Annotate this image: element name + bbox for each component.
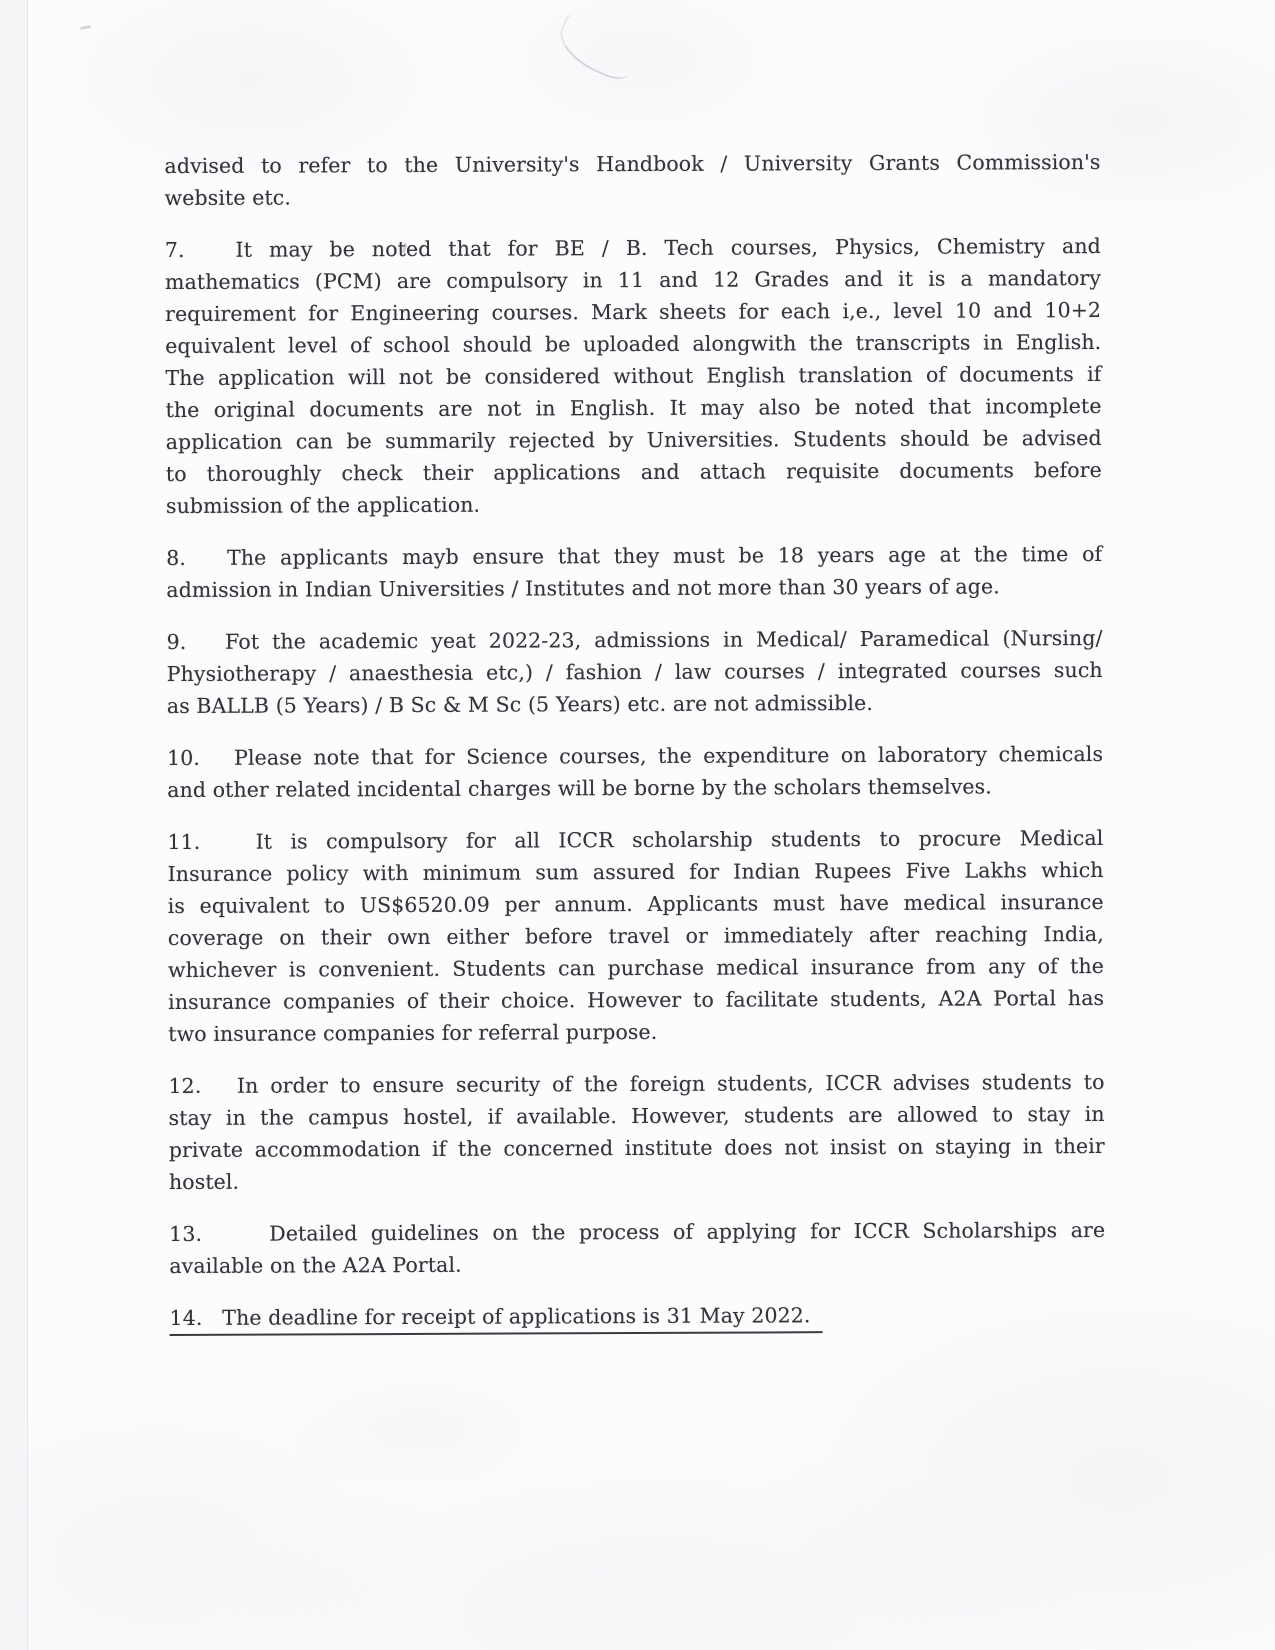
text-line: mathematics (PCM) are compulsory in 11 a… bbox=[165, 262, 1101, 298]
text-line: the original documents are not in Englis… bbox=[165, 390, 1101, 426]
text-line: requirement for Engineering courses. Mar… bbox=[165, 294, 1101, 330]
scan-artifact-dash bbox=[80, 25, 91, 30]
text-line: stay in the campus hostel, if available.… bbox=[169, 1098, 1105, 1134]
text-line: The application will not be considered w… bbox=[165, 358, 1101, 394]
deadline-underlined-text: 14. The deadline for receipt of applicat… bbox=[169, 1303, 822, 1336]
text-line: 8. The applicants mayb ensure that they … bbox=[166, 538, 1102, 574]
paragraph-13: 13. Detailed guidelines on the process o… bbox=[169, 1214, 1105, 1282]
text-line: 10. Please note that for Science courses… bbox=[167, 738, 1103, 774]
text-line: Physiotherapy / anaesthesia etc,) / fash… bbox=[167, 654, 1103, 690]
text-line: 11. It is compulsory for all ICCR schola… bbox=[167, 822, 1103, 858]
paragraph-8: 8. The applicants mayb ensure that they … bbox=[166, 538, 1102, 606]
text-line: to thoroughly check their applications a… bbox=[166, 454, 1102, 490]
paragraph-9: 9. Fot the academic yeat 2022-23, admiss… bbox=[166, 622, 1102, 722]
text-line: advised to refer to the University's Han… bbox=[164, 146, 1100, 182]
text-line: submission of the application. bbox=[166, 486, 1102, 522]
paragraph-11: 11. It is compulsory for all ICCR schola… bbox=[167, 822, 1104, 1050]
text-line: application can be summarily rejected by… bbox=[166, 422, 1102, 458]
text-line: whichever is convenient. Students can pu… bbox=[168, 950, 1104, 986]
paragraph-7: 7. It may be noted that for BE / B. Tech… bbox=[165, 230, 1102, 522]
scan-artifact-squiggle bbox=[551, 14, 641, 85]
paragraph-12: 12. In order to ensure security of the f… bbox=[168, 1066, 1105, 1198]
text-line: hostel. bbox=[169, 1162, 1105, 1198]
paragraph-14: 14. The deadline for receipt of applicat… bbox=[169, 1298, 1105, 1334]
text-line: equivalent level of school should be upl… bbox=[165, 326, 1101, 362]
text-line: and other related incidental charges wil… bbox=[167, 770, 1103, 806]
text-line: 7. It may be noted that for BE / B. Tech… bbox=[165, 230, 1101, 266]
text-line: 13. Detailed guidelines on the process o… bbox=[169, 1214, 1105, 1250]
scanned-document-page: advised to refer to the University's Han… bbox=[0, 0, 1275, 1650]
text-line: 9. Fot the academic yeat 2022-23, admiss… bbox=[166, 622, 1102, 658]
paragraph-intro-continuation: advised to refer to the University's Han… bbox=[164, 146, 1100, 214]
text-line: admission in Indian Universities / Insti… bbox=[166, 570, 1102, 606]
text-line: available on the A2A Portal. bbox=[169, 1246, 1105, 1282]
text-line: website etc. bbox=[165, 178, 1101, 214]
text-line: 12. In order to ensure security of the f… bbox=[168, 1066, 1104, 1102]
text-line: is equivalent to US$6520.09 per annum. A… bbox=[168, 886, 1104, 922]
text-line: coverage on their own either before trav… bbox=[168, 918, 1104, 954]
text-line: 14. The deadline for receipt of applicat… bbox=[169, 1298, 1105, 1334]
paragraph-10: 10. Please note that for Science courses… bbox=[167, 738, 1103, 806]
text-line: two insurance companies for referral pur… bbox=[168, 1014, 1104, 1050]
text-line: private accommodation if the concerned i… bbox=[169, 1130, 1105, 1166]
text-line: as BALLB (5 Years) / B Sc & M Sc (5 Year… bbox=[167, 686, 1103, 722]
scanner-edge-strip bbox=[0, 0, 28, 1650]
text-line: Insurance policy with minimum sum assure… bbox=[168, 854, 1104, 890]
text-line: insurance companies of their choice. How… bbox=[168, 982, 1104, 1018]
document-content: advised to refer to the University's Han… bbox=[164, 146, 1105, 1334]
